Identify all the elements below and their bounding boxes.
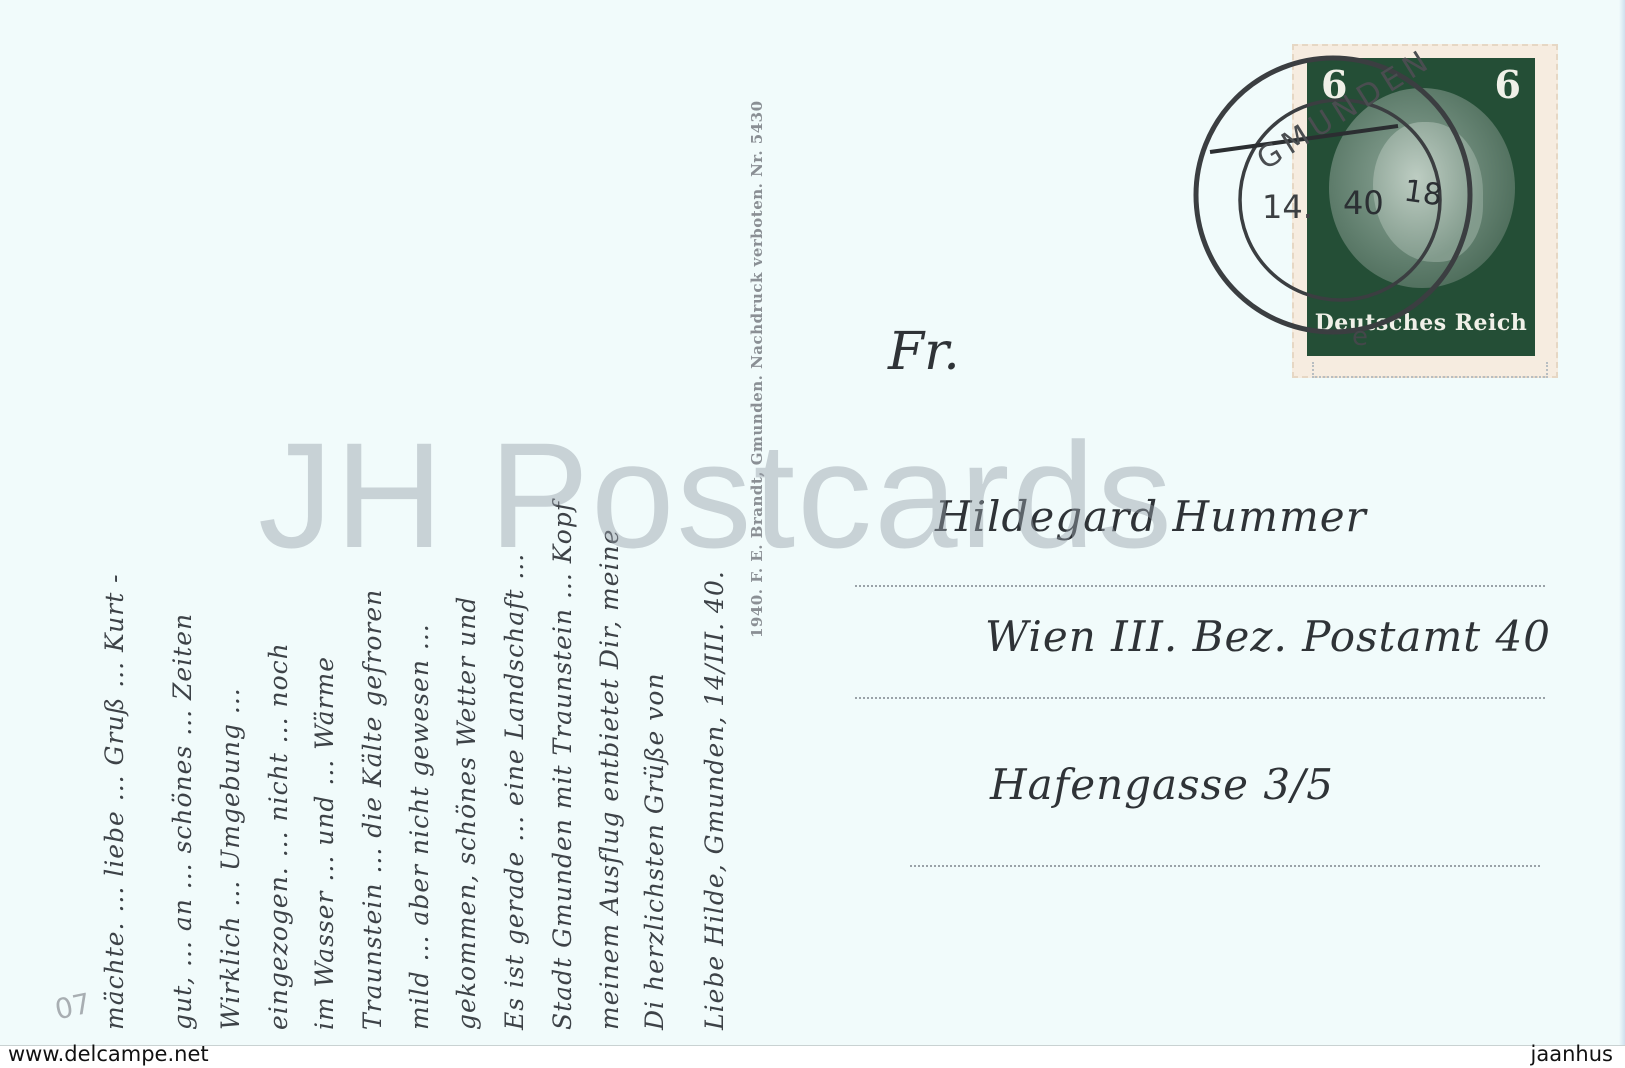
seller-name-label: jaanhus	[1531, 1042, 1613, 1066]
message-line: Liebe Hilde, Gmunden, 14/III. 40.	[700, 40, 729, 1030]
message-line: eingezogen. ... nicht ... noch	[264, 40, 293, 1030]
postmark-year: 40	[1343, 184, 1384, 222]
handwritten-message: Liebe Hilde, Gmunden, 14/III. 40. Di her…	[60, 20, 700, 1040]
address-rule	[910, 865, 1540, 867]
recipient-city: Wien III. Bez. Postamt 40	[985, 612, 1551, 661]
message-line: Di herzlichsten Grüße von	[640, 40, 669, 1030]
postcard-back: Liebe Hilde, Gmunden, 14/III. 40. Di her…	[0, 0, 1625, 1046]
recipient-title: Fr.	[888, 322, 960, 382]
postmark-day: 14.	[1262, 188, 1313, 226]
message-line: Traunstein ... die Kälte gefroren	[358, 40, 387, 1030]
message-line: mächte. ... liebe ... Gruß ... Kurt -	[100, 40, 129, 1030]
message-line: Stadt Gmunden mit Traunstein ... Kopf	[548, 40, 577, 1030]
message-line: gut, ... an ... schönes ... Zeiten	[168, 40, 197, 1030]
message-line: Es ist gerade ... eine Landschaft ...	[500, 40, 529, 1030]
message-line: Wirklich ... Umgebung ...	[216, 40, 245, 1030]
message-line: mild ... aber nicht gewesen ...	[405, 40, 434, 1030]
message-line: meinem Ausflug entbietet Dir, meine	[595, 40, 624, 1030]
recipient-street: Hafengasse 3/5	[990, 760, 1334, 809]
stamp-country-label: Deutsches Reich	[1307, 310, 1535, 336]
address-rule	[855, 697, 1545, 699]
postmark-hour: 18	[1402, 174, 1445, 214]
publisher-imprint: 1940. F. E. Brandt, Gmunden. Nachdruck v…	[748, 100, 766, 960]
postmark-code: e	[1352, 322, 1368, 352]
address-rule	[855, 585, 1545, 587]
stamp-value-right: 6	[1495, 62, 1521, 107]
recipient-name: Hildegard Hummer	[935, 492, 1367, 541]
source-site-label: www.delcampe.net	[8, 1042, 209, 1066]
stamp-box-outline	[1312, 362, 1548, 378]
message-line: im Wasser ... und ... Wärme	[310, 40, 339, 1030]
message-line: gekommen, schönes Wetter und	[452, 40, 481, 1030]
